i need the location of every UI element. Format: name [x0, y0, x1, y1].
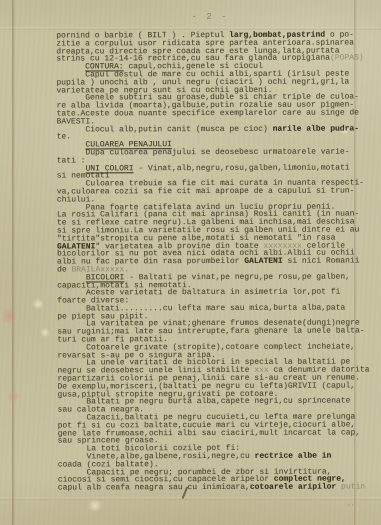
- body-text: tate.Aceste doua nuante specifice exempl…: [56, 108, 358, 118]
- body-text: xxxxxxxx: [263, 241, 301, 250]
- page-number: - 2 -: [160, 12, 260, 22]
- body-text: putin: [336, 483, 365, 492]
- body-text: narile albe pudra-: [273, 124, 359, 133]
- ink-speck: ··: [347, 503, 351, 509]
- body-text: si nici Romanii: [283, 257, 360, 266]
- document-line: va,culoarea cozii sa fie cit mai aproape…: [57, 187, 373, 196]
- document-line: tate.Aceste doua nuante specifice exempl…: [56, 109, 372, 118]
- document-line: Ciocul alb,putin canit (musca pe cioc) n…: [57, 125, 373, 134]
- body-text: Ciocul alb,putin canit (musca pe cioc): [57, 124, 273, 134]
- scanned-page: - 2 - pornind o barbie ( BILT ) . Pieptu…: [0, 0, 381, 525]
- paper-stain: [32, 299, 44, 309]
- body-text: rectrice albe in: [255, 452, 332, 461]
- body-text: va,culoarea cozii sa fie cit mai aproape…: [57, 186, 355, 196]
- body-text: - Vinat,alb,negru,rosu,galben,limoniu,mo…: [133, 163, 349, 173]
- body-text: Dupa culoarea penajului se deosebesc urm…: [57, 147, 350, 157]
- paper-stain: [88, 500, 102, 511]
- document-line: Dupa culoarea penajului se deosebesc urm…: [57, 148, 373, 157]
- fold-crease-left: [12, 0, 15, 525]
- paper-stain: [0, 308, 18, 324]
- body-text: BRAILAxxxxx.: [71, 265, 129, 274]
- typewritten-text-block: pornind o barbie ( BILT ) . Pieptul larg…: [56, 31, 374, 492]
- body-text: xxx: [254, 366, 268, 375]
- horizontal-fold-crease-bottom: [0, 497, 381, 500]
- paper-stain: [40, 328, 50, 337]
- body-text: capul alb ceafa neagra sau cu inimioara,: [58, 483, 250, 493]
- document-line: capul alb ceafa neagra sau cu inimioara,…: [58, 484, 374, 493]
- horizontal-fold-crease-top: [0, 27, 381, 30]
- body-text: cotoarele aripilor: [250, 483, 336, 492]
- body-text: GALATENI: [244, 257, 282, 266]
- body-text: (POPAS): [330, 54, 364, 63]
